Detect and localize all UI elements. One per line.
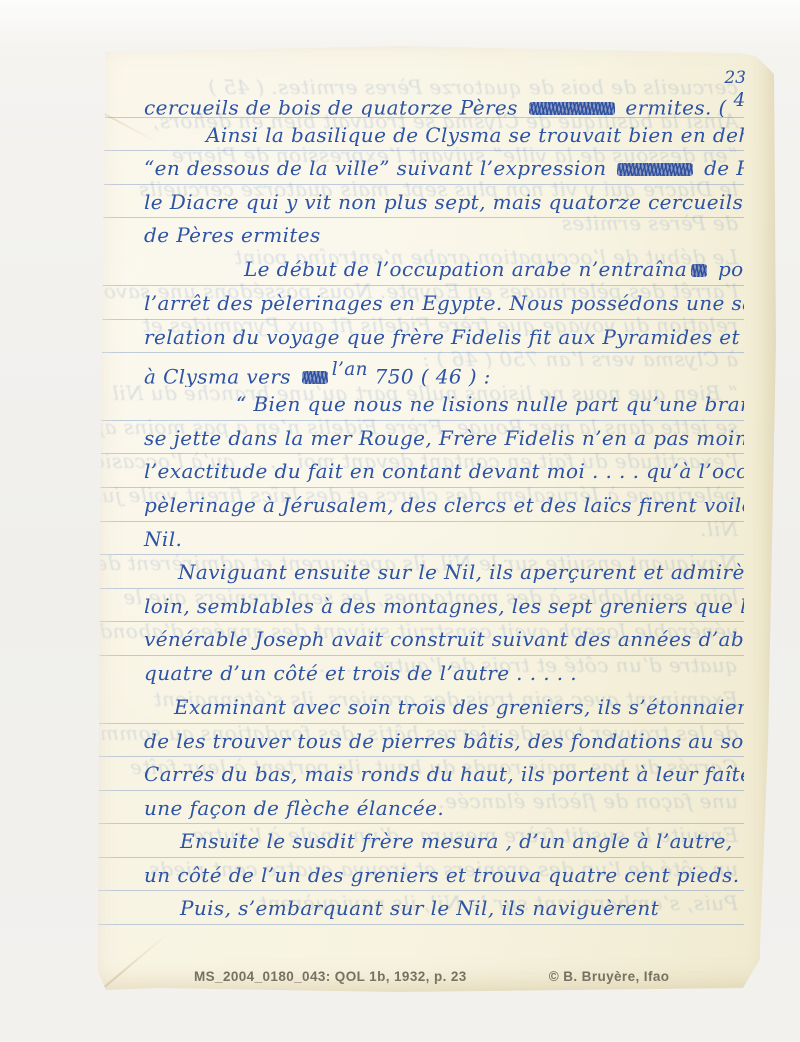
scribbled-out-word — [691, 264, 707, 277]
manuscript-line: Nil. — [98, 522, 744, 556]
interlinear-insertion: l’an — [332, 359, 368, 380]
manuscript-line: Ensuite le susdit frère mesura , d’un an… — [98, 824, 744, 858]
handwritten-text: 750 ( 46 ) : — [368, 364, 491, 387]
handwritten-text: ermites. ( — [619, 95, 734, 117]
manuscript-scan: cercueils de bois de quatorze Pères ermi… — [0, 0, 800, 1042]
manuscript-line: “en dessous de la ville” suivant l’expre… — [98, 151, 744, 185]
handwritten-text: Naviguant ensuite sur le Nil, ils aperçu… — [178, 560, 744, 584]
scribbled-out-word — [617, 163, 693, 176]
handwritten-text: Carrés du bas, mais ronds du haut, ils p… — [144, 762, 744, 786]
handwritten-text: “ Bien que nous ne lisions nulle part qu… — [236, 392, 744, 416]
scribbled-out-word — [529, 102, 615, 115]
manuscript-lines: cercueils de bois de quatorze Pères ermi… — [98, 84, 778, 925]
manuscript-line: cercueils de bois de quatorze Pères ermi… — [98, 84, 744, 118]
handwritten-text: Puis, s’embarquant sur le Nil, ils navig… — [180, 896, 659, 920]
caption-copyright: © B. Bruyère, Ifao — [549, 969, 670, 984]
manuscript-line: relation du voyage que frère Fidelis fit… — [98, 320, 744, 354]
scribbled-out-word — [302, 371, 328, 384]
manuscript-line: l’exactitude du fait en contant devant m… — [98, 454, 744, 488]
handwritten-text: “en dessous de la ville” suivant l’expre… — [144, 156, 613, 180]
handwritten-text: Ensuite le susdit frère mesura , d’un an… — [180, 829, 733, 853]
handwritten-text: se jette dans la mer Rouge, Frère Fideli… — [144, 426, 744, 450]
handwritten-text: de les trouver tous de pierres bâtis, de… — [144, 729, 744, 753]
manuscript-line: de Pères ermites — [98, 218, 744, 252]
interlinear-insertion: 45 — [734, 90, 744, 111]
manuscript-line: l’arrêt des pèlerinages en Egypte. Nous … — [98, 286, 744, 320]
manuscript-line: Le début de l’occupation arabe n’entraîn… — [98, 252, 744, 286]
manuscript-line: une façon de flèche élancée. — [98, 791, 744, 825]
handwritten-text: Ainsi la basilique de Clysma se trouvait… — [206, 123, 744, 147]
manuscript-line: quatre d’un côté et trois de l’autre . .… — [98, 656, 744, 690]
manuscript-line: Carrés du bas, mais ronds du haut, ils p… — [98, 757, 744, 791]
handwritten-text: un côté de l’un des greniers et trouva q… — [144, 863, 740, 887]
handwritten-text: Nil. — [144, 527, 182, 551]
manuscript-line: Puis, s’embarquant sur le Nil, ils navig… — [98, 891, 744, 925]
manuscript-line: Naviguant ensuite sur le Nil, ils aperçu… — [98, 555, 744, 589]
handwritten-text: l’arrêt des pèlerinages en Egypte. Nous … — [144, 291, 744, 315]
handwritten-text: le Diacre qui y vit non plus sept, mais … — [144, 190, 743, 214]
handwritten-text: Examinant avec soin trois des greniers, … — [174, 695, 744, 719]
handwritten-text: cercueils de bois de quatorze Pères — [144, 95, 525, 117]
manuscript-line: vénérable Joseph avait construit suivant… — [98, 622, 744, 656]
caption-archive-id: MS_2004_0180_043: QOL 1b, 1932, p. 23 — [194, 969, 467, 984]
handwritten-text: Le début de l’occupation arabe n’entraîn… — [244, 257, 687, 281]
handwritten-text: pèlerinage à Jérusalem, des clercs et de… — [144, 493, 744, 517]
handwritten-text: une façon de flèche élancée. — [144, 796, 444, 820]
manuscript-line: à Clysma vers l’an 750 ( 46 ) : — [98, 353, 744, 387]
manuscript-line: loin, semblables à des montagnes, les se… — [98, 589, 744, 623]
manuscript-line: le Diacre qui y vit non plus sept, mais … — [98, 185, 744, 219]
handwritten-text: de Pères ermites — [144, 223, 321, 247]
handwritten-text: à Clysma vers — [144, 364, 298, 387]
manuscript-line: Ainsi la basilique de Clysma se trouvait… — [98, 118, 744, 152]
manuscript-line: Examinant avec soin trois des greniers, … — [98, 690, 744, 724]
handwritten-text: point — [711, 257, 744, 281]
handwritten-text: loin, semblables à des montagnes, les se… — [144, 594, 744, 618]
manuscript-line: de les trouver tous de pierres bâtis, de… — [98, 724, 744, 758]
handwritten-text: quatre d’un côté et trois de l’autre . .… — [144, 661, 577, 685]
handwritten-text: relation du voyage que frère Fidelis fit… — [144, 325, 740, 349]
manuscript-line: un côté de l’un des greniers et trouva q… — [98, 858, 744, 892]
manuscript-line: pèlerinage à Jérusalem, des clercs et de… — [98, 488, 744, 522]
caption-bar: MS_2004_0180_043: QOL 1b, 1932, p. 23 © … — [98, 964, 778, 988]
handwritten-text: de Pierre — [697, 156, 744, 180]
paper-sheet: cercueils de bois de quatorze Pères ermi… — [98, 44, 778, 994]
handwritten-text: l’exactitude du fait en contant devant m… — [144, 459, 744, 483]
manuscript-line: “ Bien que nous ne lisions nulle part qu… — [98, 387, 744, 421]
manuscript-line: se jette dans la mer Rouge, Frère Fideli… — [98, 421, 744, 455]
handwritten-text: vénérable Joseph avait construit suivant… — [144, 627, 744, 651]
